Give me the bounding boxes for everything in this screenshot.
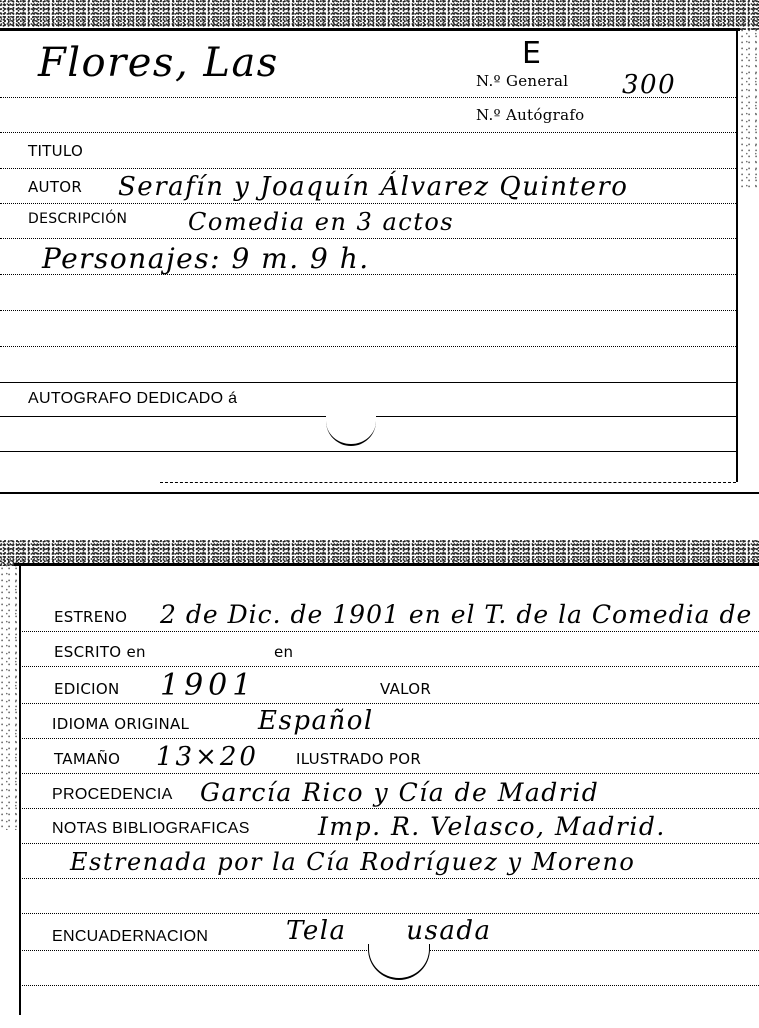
notas-value: Imp. R. Velasco, Madrid. (318, 812, 666, 841)
n-general-label: N.º General (476, 72, 568, 90)
rule (20, 808, 759, 809)
procedencia-value: García Rico y Cía de Madrid (200, 778, 599, 807)
procedencia-label: PROCEDENCIA (52, 786, 173, 804)
card-left-edge (19, 565, 21, 1015)
notas-line-2: Estrenada por la Cía Rodríguez y Moreno (70, 848, 635, 876)
idioma-label: IDIOMA ORIGINAL (52, 715, 189, 733)
rule (0, 346, 736, 347)
n-general-value: 300 (622, 70, 676, 100)
estreno-value: 2 de Dic. de 1901 en el T. de la Comedia… (160, 600, 759, 629)
descripcion-label: DESCRIPCIÓN (28, 211, 127, 227)
estreno-label: ESTRENO (54, 608, 127, 626)
punch-hole (368, 944, 430, 980)
descripcion-line-2: Personajes: 9 m. 9 h. (42, 242, 370, 275)
autografo-dedicado-label: AUTOGRAFO DEDICADO á (28, 390, 237, 408)
autor-value: Serafín y Joaquín Álvarez Quintero (118, 172, 628, 202)
card-separator (0, 492, 759, 494)
rule (0, 168, 736, 169)
scan-noise-top (0, 0, 759, 30)
card-title-handwritten: Flores, Las (38, 40, 279, 86)
tamano-label: TAMAÑO (54, 750, 120, 768)
rule (0, 132, 736, 133)
titulo-label: TITULO (28, 142, 83, 160)
edicion-label: EDICION (54, 680, 119, 698)
rule (0, 274, 736, 275)
escrito-en-label: en (274, 643, 293, 661)
encuadernacion-value: Tela usada (286, 916, 492, 946)
rule (0, 382, 736, 383)
rule (20, 773, 759, 774)
card-right-edge (736, 30, 738, 482)
rule (0, 451, 736, 452)
n-autografo-label: N.º Autógrafo (476, 106, 585, 124)
rule (0, 203, 736, 204)
rule (20, 631, 759, 632)
escrito-label: ESCRITO en (54, 643, 146, 661)
card-top-edge (0, 28, 740, 31)
rule (20, 843, 759, 844)
rule (20, 703, 759, 704)
rule (20, 738, 759, 739)
card-top-edge (14, 563, 759, 566)
category-mark: E (522, 36, 541, 71)
encuadernacion-label: ENCUADERNACION (52, 928, 208, 946)
notas-label: NOTAS BIBLIOGRAFICAS (52, 820, 250, 838)
scan-noise-left (0, 560, 18, 830)
idioma-value: Español (258, 706, 374, 736)
rule (0, 238, 736, 239)
rule (0, 310, 736, 311)
rule (160, 482, 736, 483)
tamano-value: 13×20 (156, 742, 259, 772)
descripcion-value: Comedia en 3 actos (188, 208, 454, 236)
rule (20, 666, 759, 667)
rule (20, 878, 759, 879)
rule (0, 97, 736, 98)
scan-noise-right (740, 28, 759, 188)
rule (20, 913, 759, 914)
edicion-value: 1901 (160, 668, 256, 703)
rule (20, 985, 759, 986)
punch-hole (326, 408, 376, 446)
valor-label: VALOR (380, 680, 431, 698)
ilustrado-label: ILUSTRADO POR (296, 750, 421, 768)
autor-label: AUTOR (28, 178, 82, 196)
